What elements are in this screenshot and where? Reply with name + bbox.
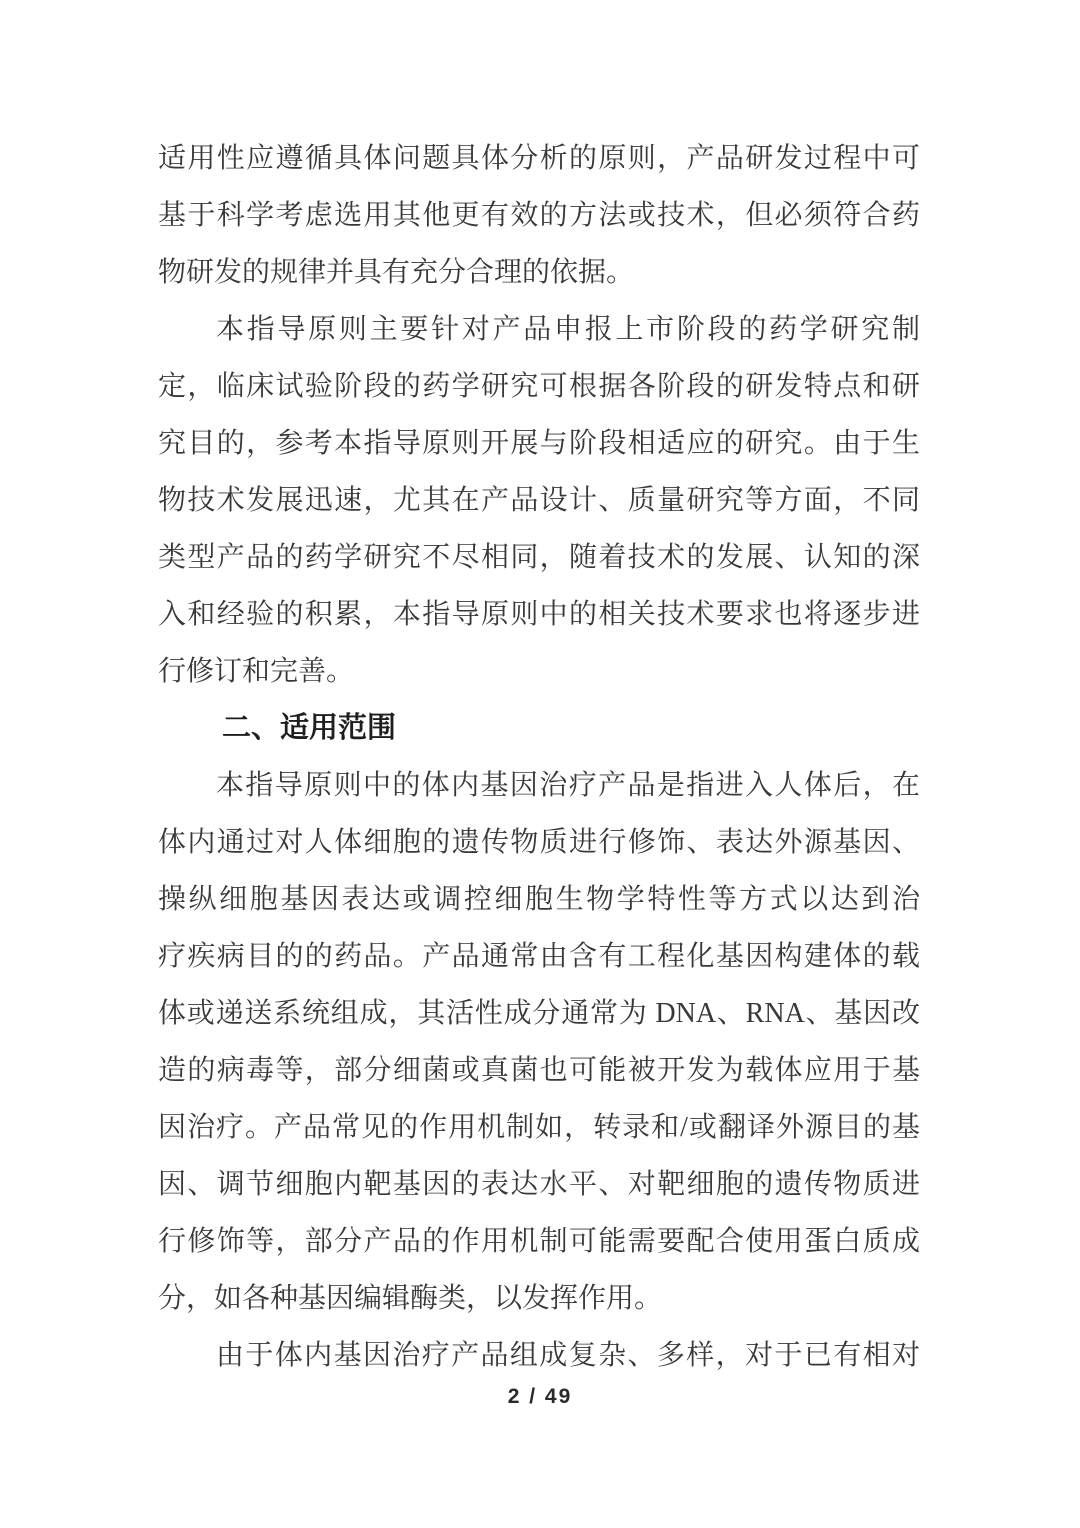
paragraph: 由于体内基因治疗产品组成复杂、多样，对于已有相对 [158, 1327, 920, 1384]
heading-line: 二、适用范围 [158, 700, 920, 757]
text-line: 疗疾病目的的药品。产品通常由含有工程化基因构建体的载 [158, 928, 920, 985]
text-line: 体或递送系统组成，其活性成分通常为 DNA、RNA、基因改 [158, 985, 920, 1042]
text-line: 究目的，参考本指导原则开展与阶段相适应的研究。由于生 [158, 415, 920, 472]
text-line: 分，如各种基因编辑酶类，以发挥作用。 [158, 1270, 920, 1327]
text-line: 因治疗。产品常见的作用机制如，转录和/或翻译外源目的基 [158, 1099, 920, 1156]
text-line: 类型产品的药学研究不尽相同，随着技术的发展、认知的深 [158, 529, 920, 586]
text-line: 行修订和完善。 [158, 643, 920, 700]
content-area: 适用性应遵循具体问题具体分析的原则，产品研发过程中可基于科学考虑选用其他更有效的… [158, 130, 920, 1384]
paragraph: 本指导原则主要针对产品申报上市阶段的药学研究制定，临床试验阶段的药学研究可根据各… [158, 301, 920, 700]
paragraph: 适用性应遵循具体问题具体分析的原则，产品研发过程中可基于科学考虑选用其他更有效的… [158, 130, 920, 301]
text-line: 本指导原则中的体内基因治疗产品是指进入人体后，在 [158, 757, 920, 814]
text-line: 物技术发展迅速，尤其在产品设计、质量研究等方面，不同 [158, 472, 920, 529]
text-line: 由于体内基因治疗产品组成复杂、多样，对于已有相对 [158, 1327, 920, 1384]
text-line: 物研发的规律并具有充分合理的依据。 [158, 244, 920, 301]
section-heading: 二、适用范围 [158, 700, 920, 757]
text-line: 适用性应遵循具体问题具体分析的原则，产品研发过程中可 [158, 130, 920, 187]
text-line: 体内通过对人体细胞的遗传物质进行修饰、表达外源基因、 [158, 814, 920, 871]
paragraph: 本指导原则中的体内基因治疗产品是指进入人体后，在体内通过对人体细胞的遗传物质进行… [158, 757, 920, 1327]
text-line: 本指导原则主要针对产品申报上市阶段的药学研究制 [158, 301, 920, 358]
text-line: 行修饰等，部分产品的作用机制可能需要配合使用蛋白质成 [158, 1213, 920, 1270]
document-page: 适用性应遵循具体问题具体分析的原则，产品研发过程中可基于科学考虑选用其他更有效的… [0, 0, 1080, 1528]
text-line: 入和经验的积累，本指导原则中的相关技术要求也将逐步进 [158, 586, 920, 643]
text-line: 基于科学考虑选用其他更有效的方法或技术，但必须符合药 [158, 187, 920, 244]
text-line: 定，临床试验阶段的药学研究可根据各阶段的研发特点和研 [158, 358, 920, 415]
page-number: 2 / 49 [0, 1385, 1080, 1409]
text-line: 操纵细胞基因表达或调控细胞生物学特性等方式以达到治 [158, 871, 920, 928]
text-line: 造的病毒等，部分细菌或真菌也可能被开发为载体应用于基 [158, 1042, 920, 1099]
text-line: 因、调节细胞内靶基因的表达水平、对靶细胞的遗传物质进 [158, 1156, 920, 1213]
